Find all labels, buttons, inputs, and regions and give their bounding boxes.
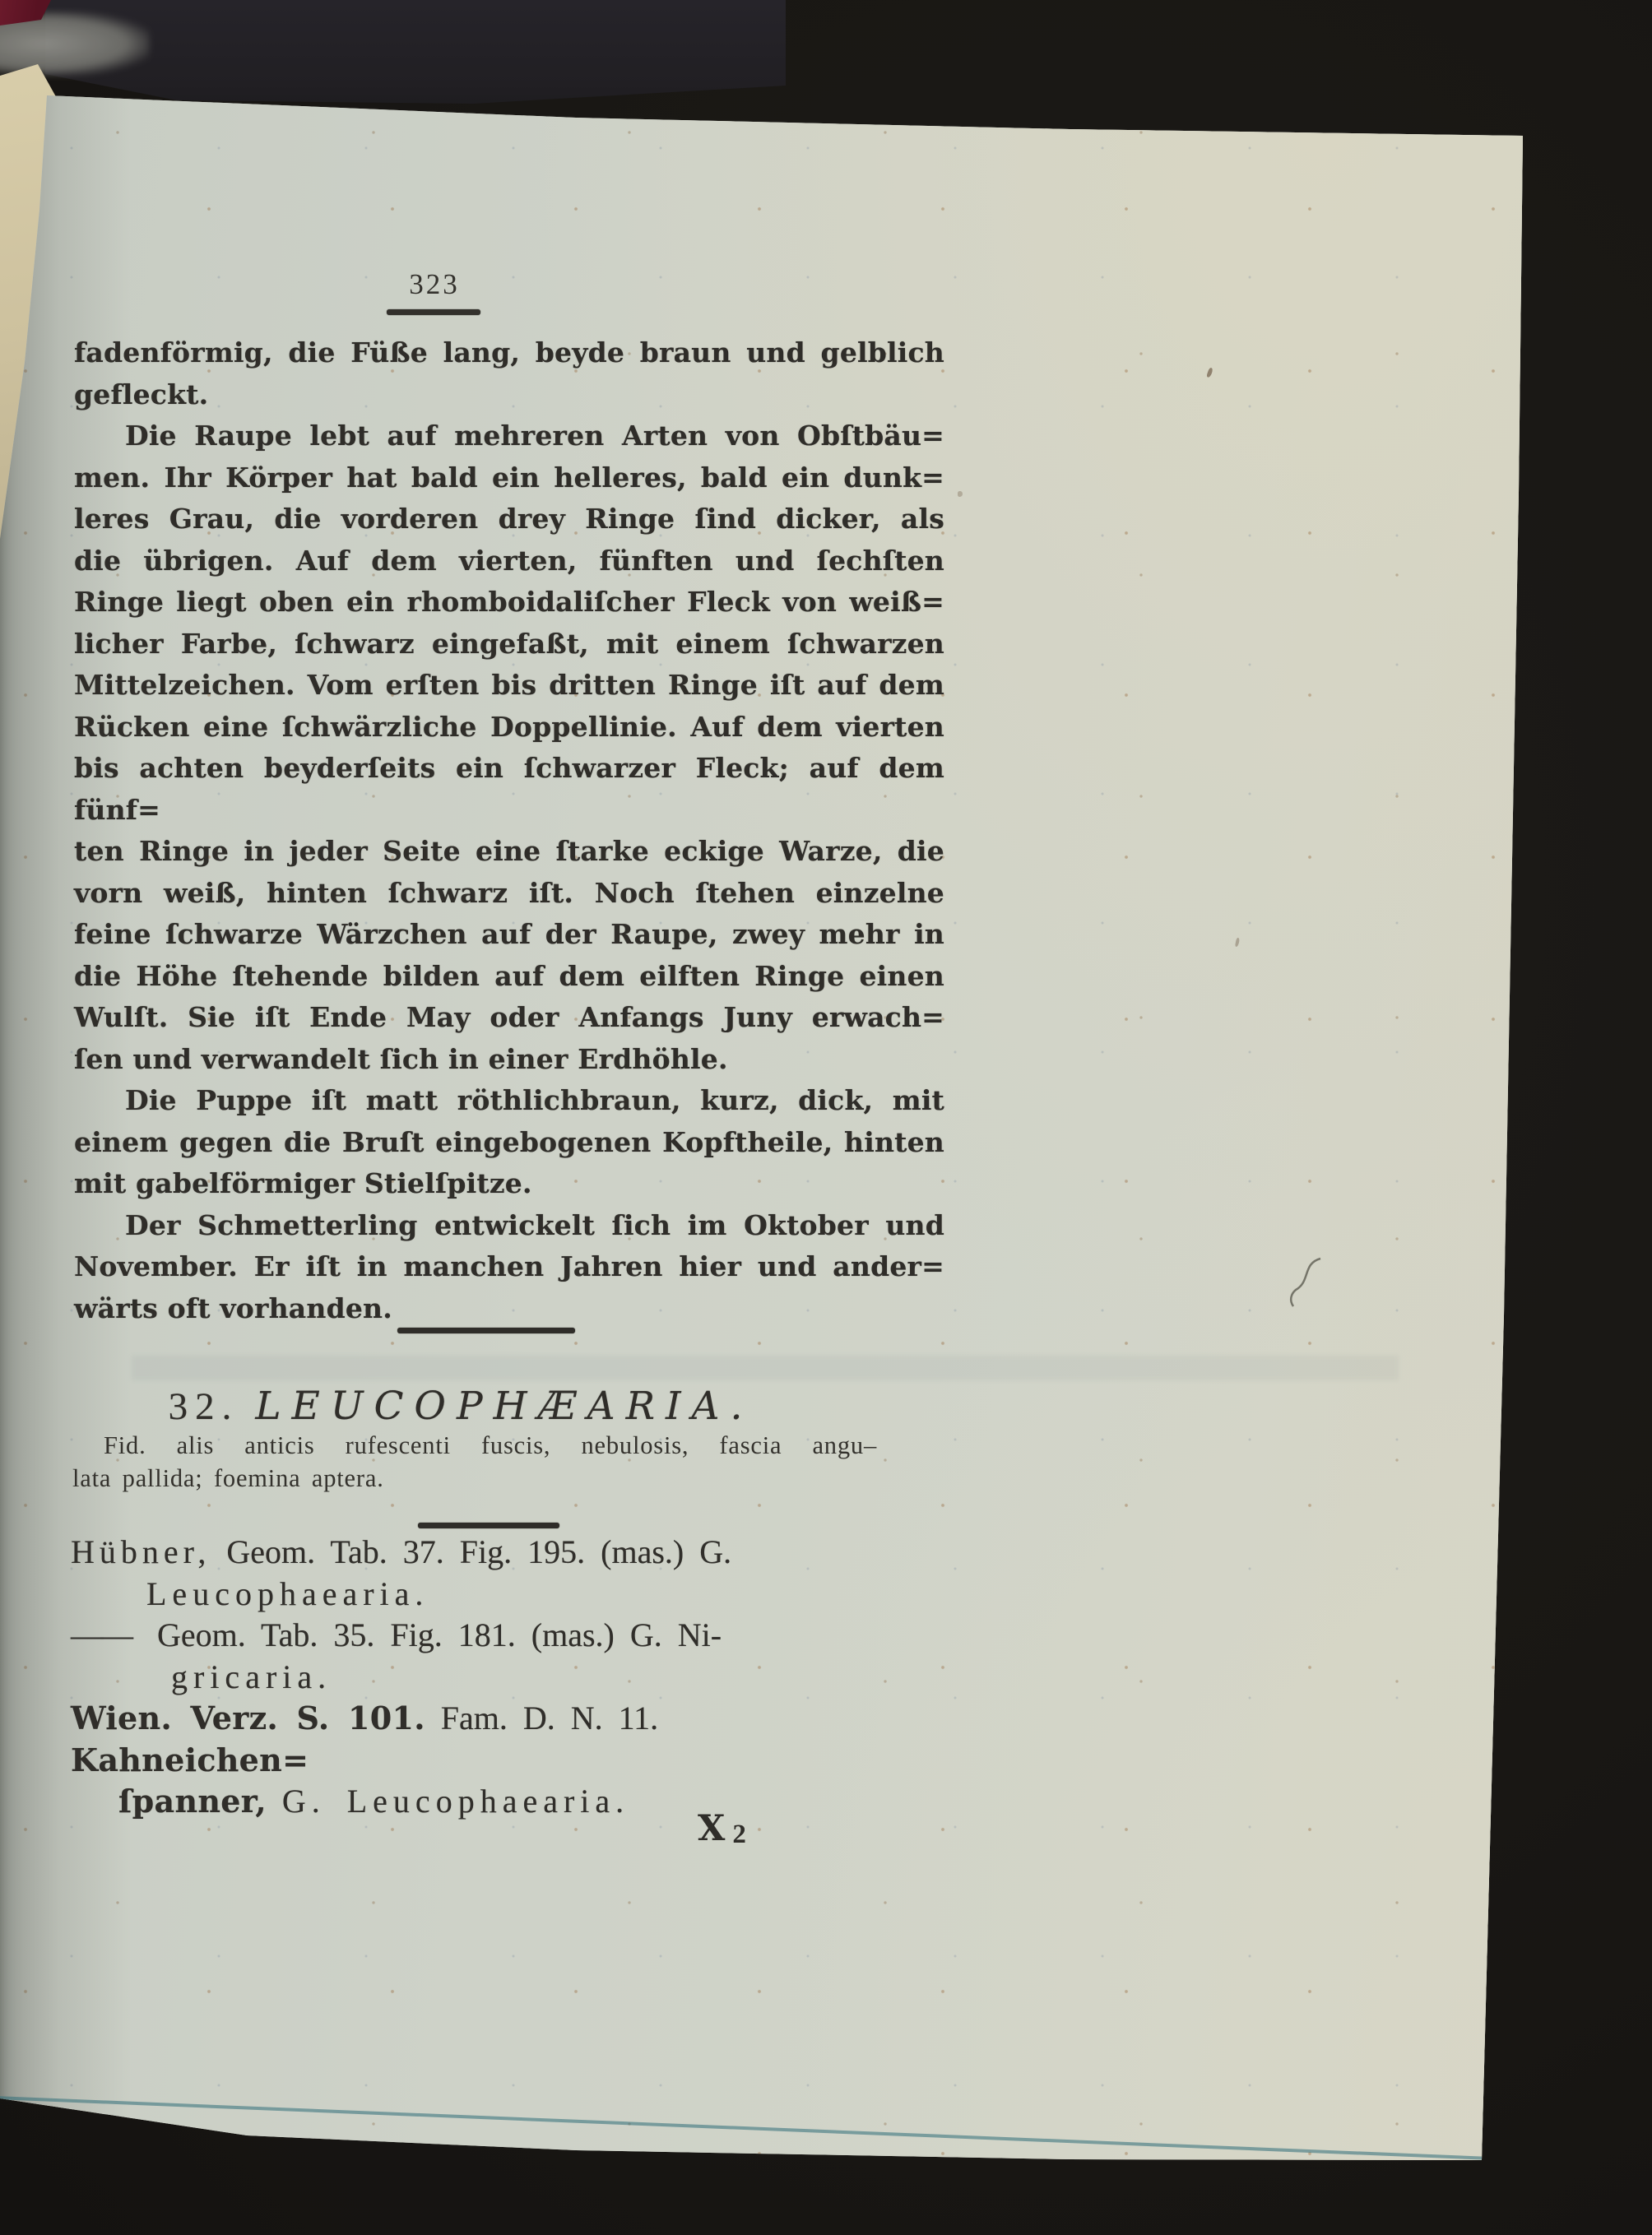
body-line: ten Ringe in jeder Seite eine ſtarke eck… [74,831,944,873]
reference-fraktur: Wien. Verz. S. 101. [71,1699,425,1737]
body-line: Rücken eine ſchwärzliche Doppellinie. Au… [74,707,944,749]
diagnosis-divider-rule [418,1523,559,1528]
body-line: Die Puppe iſt matt röthlichbraun, kurz, … [74,1080,944,1122]
reference-line: Hübner, Geom. Tab. 37. Fig. 195. (mas.) … [71,1532,903,1574]
body-line: Ringe liegt oben ein rhomboidaliſcher Fl… [74,582,944,624]
diagnosis-line: Fid. alis anticis rufescenti fuscis, neb… [72,1430,877,1463]
ditto-dash: —— [71,1616,130,1653]
scan-background: 323 fadenförmig, die Füße lang, beyde br… [0,0,1652,2235]
body-line: Der Schmetterling entwickelt ſich im Okt… [74,1205,944,1247]
body-line: bis achten beyderſeits ein ſchwarzer Fle… [74,748,944,831]
body-line: die Höhe ſtehende bilden auf dem eilften… [74,956,944,998]
references: Hübner, Geom. Tab. 37. Fig. 195. (mas.) … [71,1532,903,1823]
signature-letter: X [698,1808,725,1849]
body-line: November. Er iſt in manchen Jahren hier … [74,1246,944,1288]
signature-mark: X2 [698,1808,739,1849]
signature-number: 2 [732,1820,746,1849]
body-line: mit gabelförmiger Stielſpitze. [74,1163,944,1205]
folio-number: 323 [369,268,500,301]
reference-citation: Geom. Tab. 35. Fig. 181. (mas.) G. Ni- [157,1616,722,1653]
body-line: vorn weiß, hinten ſchwarz iſt. Noch ſteh… [74,873,944,915]
ink-speck [958,491,963,497]
ink-speck [1235,938,1240,948]
body-line: feine ſchwarze Wärzchen auf der Raupe, z… [74,914,944,956]
section-divider-rule [397,1328,575,1333]
body-line: Die Raupe lebt auf mehreren Arten von Ob… [74,415,944,457]
body-line: Wulſt. Sie iſt Ende May oder Anfangs Jun… [74,997,944,1039]
section-number: 32. [169,1385,239,1428]
fiber-mark [1286,1255,1325,1310]
reference-carryover: Leucophaearia. [71,1574,903,1616]
reference-fraktur: ſpanner, [118,1783,267,1820]
body-line: licher Farbe, ſchwarz eingefaßt, mit ein… [74,624,944,665]
body-line: wärts oft vorhanden. [74,1288,944,1330]
folio-underline [387,309,480,315]
reference-citation: Fam. D. N. 11. [441,1699,658,1737]
reference-carryover: gricaria. [71,1657,903,1699]
body-text: fadenförmig, die Füße lang, beyde braun … [74,332,944,1329]
reference-line: —— Geom. Tab. 35. Fig. 181. (mas.) G. Ni… [71,1615,903,1657]
body-line: fadenförmig, die Füße lang, beyde braun … [74,332,944,374]
latin-diagnosis: Fid. alis anticis rufescenti fuscis, neb… [72,1430,877,1495]
ink-speck [1566,1078,1573,1088]
body-line: die übrigen. Auf dem vierten, fünften un… [74,540,944,582]
body-line: men. Ihr Körper hat bald ein helleres, b… [74,457,944,499]
paper-page: 323 fadenförmig, die Füße lang, beyde br… [0,0,1652,2235]
body-line: einem gegen die Bruſt eingebogenen Kopft… [74,1122,944,1164]
body-line: leres Grau, die vorderen drey Ringe ſind… [74,498,944,540]
reference-line: Wien. Verz. S. 101. Fam. D. N. 11. Kahne… [71,1698,903,1781]
reference-species: G. Leucophaearia. [282,1783,629,1820]
section-heading: 32.LEUCOPHÆARIA. [123,1384,798,1429]
ink-showthrough-band [132,1356,1399,1380]
diagnosis-line: lata pallida; foemina aptera. [72,1463,877,1495]
reference-fraktur: Kahneichen= [71,1741,309,1778]
reference-author: Hübner, [71,1533,211,1570]
reference-carryover: ſpanner, G. Leucophaearia. [71,1781,903,1823]
ink-speck [1206,368,1213,378]
reference-citation: Geom. Tab. 37. Fig. 195. (mas.) G. [226,1533,731,1570]
body-line: Mittelzeichen. Vom erſten bis dritten Ri… [74,665,944,707]
section-title: LEUCOPHÆARIA. [255,1384,753,1429]
body-line: gefleckt. [74,374,944,416]
paper-bottom-edge-line [0,2096,1492,2160]
body-line: ſen und verwandelt ſich in einer Erdhöhl… [74,1039,944,1081]
